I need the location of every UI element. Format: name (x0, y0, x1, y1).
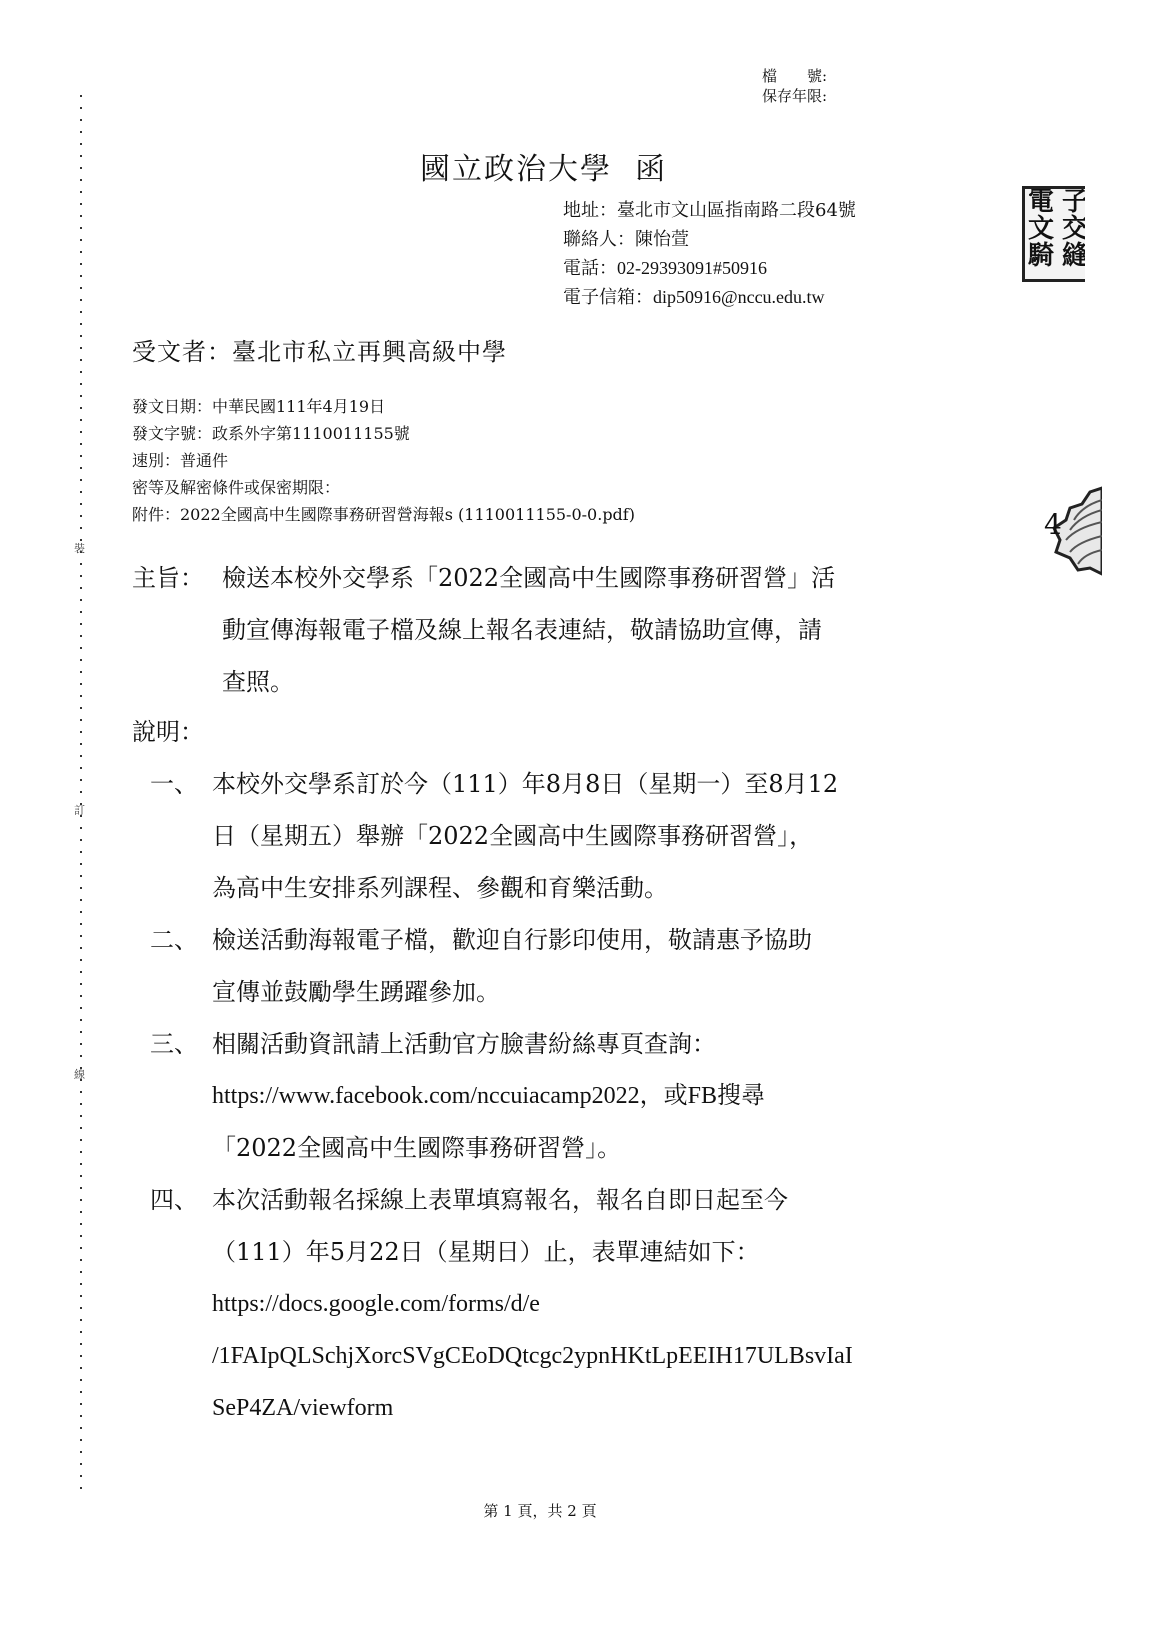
binding-dot (80, 983, 82, 985)
file-meta: 檔 號: 保存年限: (762, 66, 827, 106)
binding-dot (80, 851, 82, 853)
binding-dot (80, 1187, 82, 1189)
binding-dot (80, 995, 82, 997)
binding-dot (80, 1319, 82, 1321)
binding-dot (80, 263, 82, 265)
email: 電子信箱：dip50916@nccu.edu.tw (563, 283, 856, 312)
binding-dot (80, 635, 82, 637)
binding-dot (80, 527, 82, 529)
electronic-seam-stamp: 電 子 文 交 騎 縫 (1022, 186, 1085, 282)
page-footer: 第 1 頁，共 2 頁 (0, 1500, 1080, 1521)
binding-dot (80, 731, 82, 733)
binding-dot (80, 443, 82, 445)
subject-line: 動宣傳海報電子檔及線上報名表連結，敬請協助宣傳，請 (132, 604, 982, 656)
seal-number: 4 (1044, 508, 1062, 541)
binding-dot (80, 1223, 82, 1225)
binding-dot (80, 467, 82, 469)
binding-dot (80, 587, 82, 589)
item-line: （111）年5月22日（星期日）止，表單連結如下： (150, 1226, 980, 1278)
binding-dot (80, 743, 82, 745)
binding-line (76, 95, 86, 1495)
binding-dot (80, 359, 82, 361)
binding-dot (80, 275, 82, 277)
binding-dot (80, 299, 82, 301)
binding-dot (80, 1127, 82, 1129)
binding-dot (80, 911, 82, 913)
binding-dot (80, 671, 82, 673)
binding-dot (80, 1487, 82, 1489)
binding-dot (80, 1103, 82, 1105)
binding-dot (80, 1175, 82, 1177)
binding-mark-xian: 線 (74, 1066, 85, 1082)
binding-dot (80, 659, 82, 661)
issue-date: 發文日期：中華民國111年4月19日 (132, 393, 635, 420)
binding-dot (80, 1439, 82, 1441)
binding-dot (80, 335, 82, 337)
item-number: 四、 (150, 1174, 212, 1226)
binding-dot (80, 827, 82, 829)
binding-dot (80, 623, 82, 625)
binding-mark-ding: 訂 (74, 802, 85, 818)
binding-dot (80, 1163, 82, 1165)
binding-dot (80, 179, 82, 181)
binding-dot (80, 611, 82, 613)
explanation-item-2: 二、 檢送活動海報電子檔，歡迎自行影印使用，敬請惠予協助 宣傳並鼓勵學生踴躍參加… (150, 914, 980, 1018)
binding-dot (80, 791, 82, 793)
binding-dot (80, 1343, 82, 1345)
binding-dot (80, 1307, 82, 1309)
item-line: 日（星期五）舉辦「2022全國高中生國際事務研習營」， (150, 810, 980, 862)
binding-dot (80, 563, 82, 565)
binding-mark-zhuang: 裝 (74, 540, 85, 556)
binding-dot (80, 899, 82, 901)
binding-dot (80, 1199, 82, 1201)
binding-dot (80, 719, 82, 721)
binding-dot (80, 695, 82, 697)
binding-dot (80, 875, 82, 877)
explanation-items: 一、 本校外交學系訂於今（111）年8月8日（星期一）至8月12 日（星期五）舉… (150, 758, 980, 1434)
binding-dot (80, 1247, 82, 1249)
binding-dot (80, 1139, 82, 1141)
document-title: 國立政治大學 函 (420, 144, 667, 188)
binding-dot (80, 287, 82, 289)
binding-dot (80, 1091, 82, 1093)
item-number: 二、 (150, 914, 212, 966)
form-link-part-2[interactable]: /1FAIpQLSchjXorcSVgCEoDQtcgc2ypnHKtLpEEI… (150, 1330, 980, 1382)
item-line: 「2022全國高中生國際事務研習營」。 (150, 1122, 980, 1174)
attachment-link[interactable]: 附件：2022全國高中生國際事務研習營海報s (1110011155-0-0.p… (132, 501, 635, 528)
binding-dot (80, 1415, 82, 1417)
binding-dot (80, 191, 82, 193)
explanation-item-4: 四、 本次活動報名採線上表單填寫報名，報名自即日起至今 （111）年5月22日（… (150, 1174, 980, 1434)
explanation-label: 說明： (132, 712, 204, 747)
binding-dot (80, 1463, 82, 1465)
binding-dot (80, 1295, 82, 1297)
binding-dot (80, 383, 82, 385)
binding-dot (80, 1355, 82, 1357)
binding-dot (80, 1019, 82, 1021)
binding-dot (80, 1259, 82, 1261)
binding-dot (80, 947, 82, 949)
binding-dot (80, 1031, 82, 1033)
item-line: 為高中生安排系列課程、參觀和育樂活動。 (150, 862, 980, 914)
binding-dot (80, 1151, 82, 1153)
binding-dot (80, 1007, 82, 1009)
binding-dot (80, 1115, 82, 1117)
phone: 電話：02-29393091#50916 (563, 254, 856, 283)
stamp-char: 電 (1028, 189, 1062, 216)
binding-dot (80, 971, 82, 973)
binding-dot (80, 515, 82, 517)
binding-dot (80, 371, 82, 373)
binding-dot (80, 1235, 82, 1237)
binding-dot (80, 1403, 82, 1405)
binding-dot (80, 1475, 82, 1477)
binding-dot (80, 1451, 82, 1453)
binding-dot (80, 119, 82, 121)
binding-dot (80, 347, 82, 349)
stamp-char: 文 (1028, 216, 1062, 243)
binding-dot (80, 935, 82, 937)
binding-dot (80, 491, 82, 493)
binding-dot (80, 455, 82, 457)
binding-dot (80, 647, 82, 649)
archive-number-label: 檔 號: (762, 66, 827, 86)
binding-dot (80, 1211, 82, 1213)
binding-dot (80, 887, 82, 889)
binding-dot (80, 239, 82, 241)
explanation-item-1: 一、 本校外交學系訂於今（111）年8月8日（星期一）至8月12 日（星期五）舉… (150, 758, 980, 914)
item-line: 檢送活動海報電子檔，歡迎自行影印使用，敬請惠予協助 (212, 914, 812, 966)
subject-line: 檢送本校外交學系「2022全國高中生國際事務研習營」活 (222, 552, 835, 604)
stamp-char: 交 (1062, 216, 1085, 243)
binding-dot (80, 779, 82, 781)
binding-dot (80, 155, 82, 157)
document-number: 發文字號：政系外字第1110011155號 (132, 420, 635, 447)
binding-dot (80, 1427, 82, 1429)
contact-person: 聯絡人：陳怡萱 (563, 225, 856, 254)
binding-dot (80, 1331, 82, 1333)
binding-dot (80, 683, 82, 685)
stamp-char: 縫 (1062, 243, 1085, 270)
binding-dot (80, 95, 82, 97)
binding-dot (80, 863, 82, 865)
contact-block: 地址：臺北市文山區指南路二段64號 聯絡人：陳怡萱 電話：02-29393091… (563, 196, 856, 312)
item-line: 相關活動資訊請上活動官方臉書紛絲專頁查詢： (212, 1018, 716, 1070)
stamp-char: 騎 (1028, 243, 1062, 270)
address: 地址：臺北市文山區指南路二段64號 (563, 196, 856, 225)
binding-dot (80, 143, 82, 145)
binding-dot (80, 839, 82, 841)
item-line: 宣傳並鼓勵學生踴躍參加。 (150, 966, 980, 1018)
item-line: 本校外交學系訂於今（111）年8月8日（星期一）至8月12 (212, 758, 838, 810)
binding-dot (80, 755, 82, 757)
binding-dot (80, 1283, 82, 1285)
binding-dot (80, 227, 82, 229)
item-number: 一、 (150, 758, 212, 810)
binding-dot (80, 107, 82, 109)
binding-dot (80, 1391, 82, 1393)
binding-dot (80, 1367, 82, 1369)
binding-dot (80, 215, 82, 217)
binding-dot (80, 1043, 82, 1045)
binding-dot (80, 167, 82, 169)
binding-dot (80, 599, 82, 601)
item-number: 三、 (150, 1018, 212, 1070)
form-link-part-3[interactable]: SeP4ZA/viewform (150, 1382, 980, 1434)
issue-meta: 發文日期：中華民國111年4月19日 發文字號：政系外字第1110011155號… (132, 393, 635, 528)
binding-dot (80, 707, 82, 709)
binding-dot (80, 131, 82, 133)
explanation-item-3: 三、 相關活動資訊請上活動官方臉書紛絲專頁查詢： https://www.fac… (150, 1018, 980, 1174)
subject-section: 主旨： 檢送本校外交學系「2022全國高中生國際事務研習營」活 動宣傳海報電子檔… (132, 552, 982, 708)
binding-dot (80, 479, 82, 481)
retention-period-label: 保存年限: (762, 86, 827, 106)
item-line: 本次活動報名採線上表單填寫報名，報名自即日起至今 (212, 1174, 788, 1226)
binding-dot (80, 1271, 82, 1273)
binding-dot (80, 407, 82, 409)
binding-dot (80, 1055, 82, 1057)
classification: 密等及解密條件或保密期限： (132, 474, 635, 501)
subject-label: 主旨： (132, 552, 222, 604)
binding-dot (80, 311, 82, 313)
binding-dot (80, 923, 82, 925)
binding-dot (80, 575, 82, 577)
recipient: 受文者：臺北市私立再興高級中學 (132, 332, 507, 367)
facebook-link[interactable]: https://www.facebook.com/nccuiacamp2022，… (150, 1070, 980, 1122)
delivery-speed: 速別：普通件 (132, 447, 635, 474)
stamp-char: 子 (1062, 189, 1085, 216)
binding-dot (80, 503, 82, 505)
binding-dot (80, 959, 82, 961)
binding-dot (80, 1379, 82, 1381)
subject-line: 查照。 (132, 656, 982, 708)
binding-dot (80, 431, 82, 433)
binding-dot (80, 203, 82, 205)
binding-dot (80, 395, 82, 397)
binding-dot (80, 419, 82, 421)
binding-dot (80, 251, 82, 253)
binding-dot (80, 767, 82, 769)
form-link-part-1[interactable]: https://docs.google.com/forms/d/e (150, 1278, 980, 1330)
binding-dot (80, 323, 82, 325)
